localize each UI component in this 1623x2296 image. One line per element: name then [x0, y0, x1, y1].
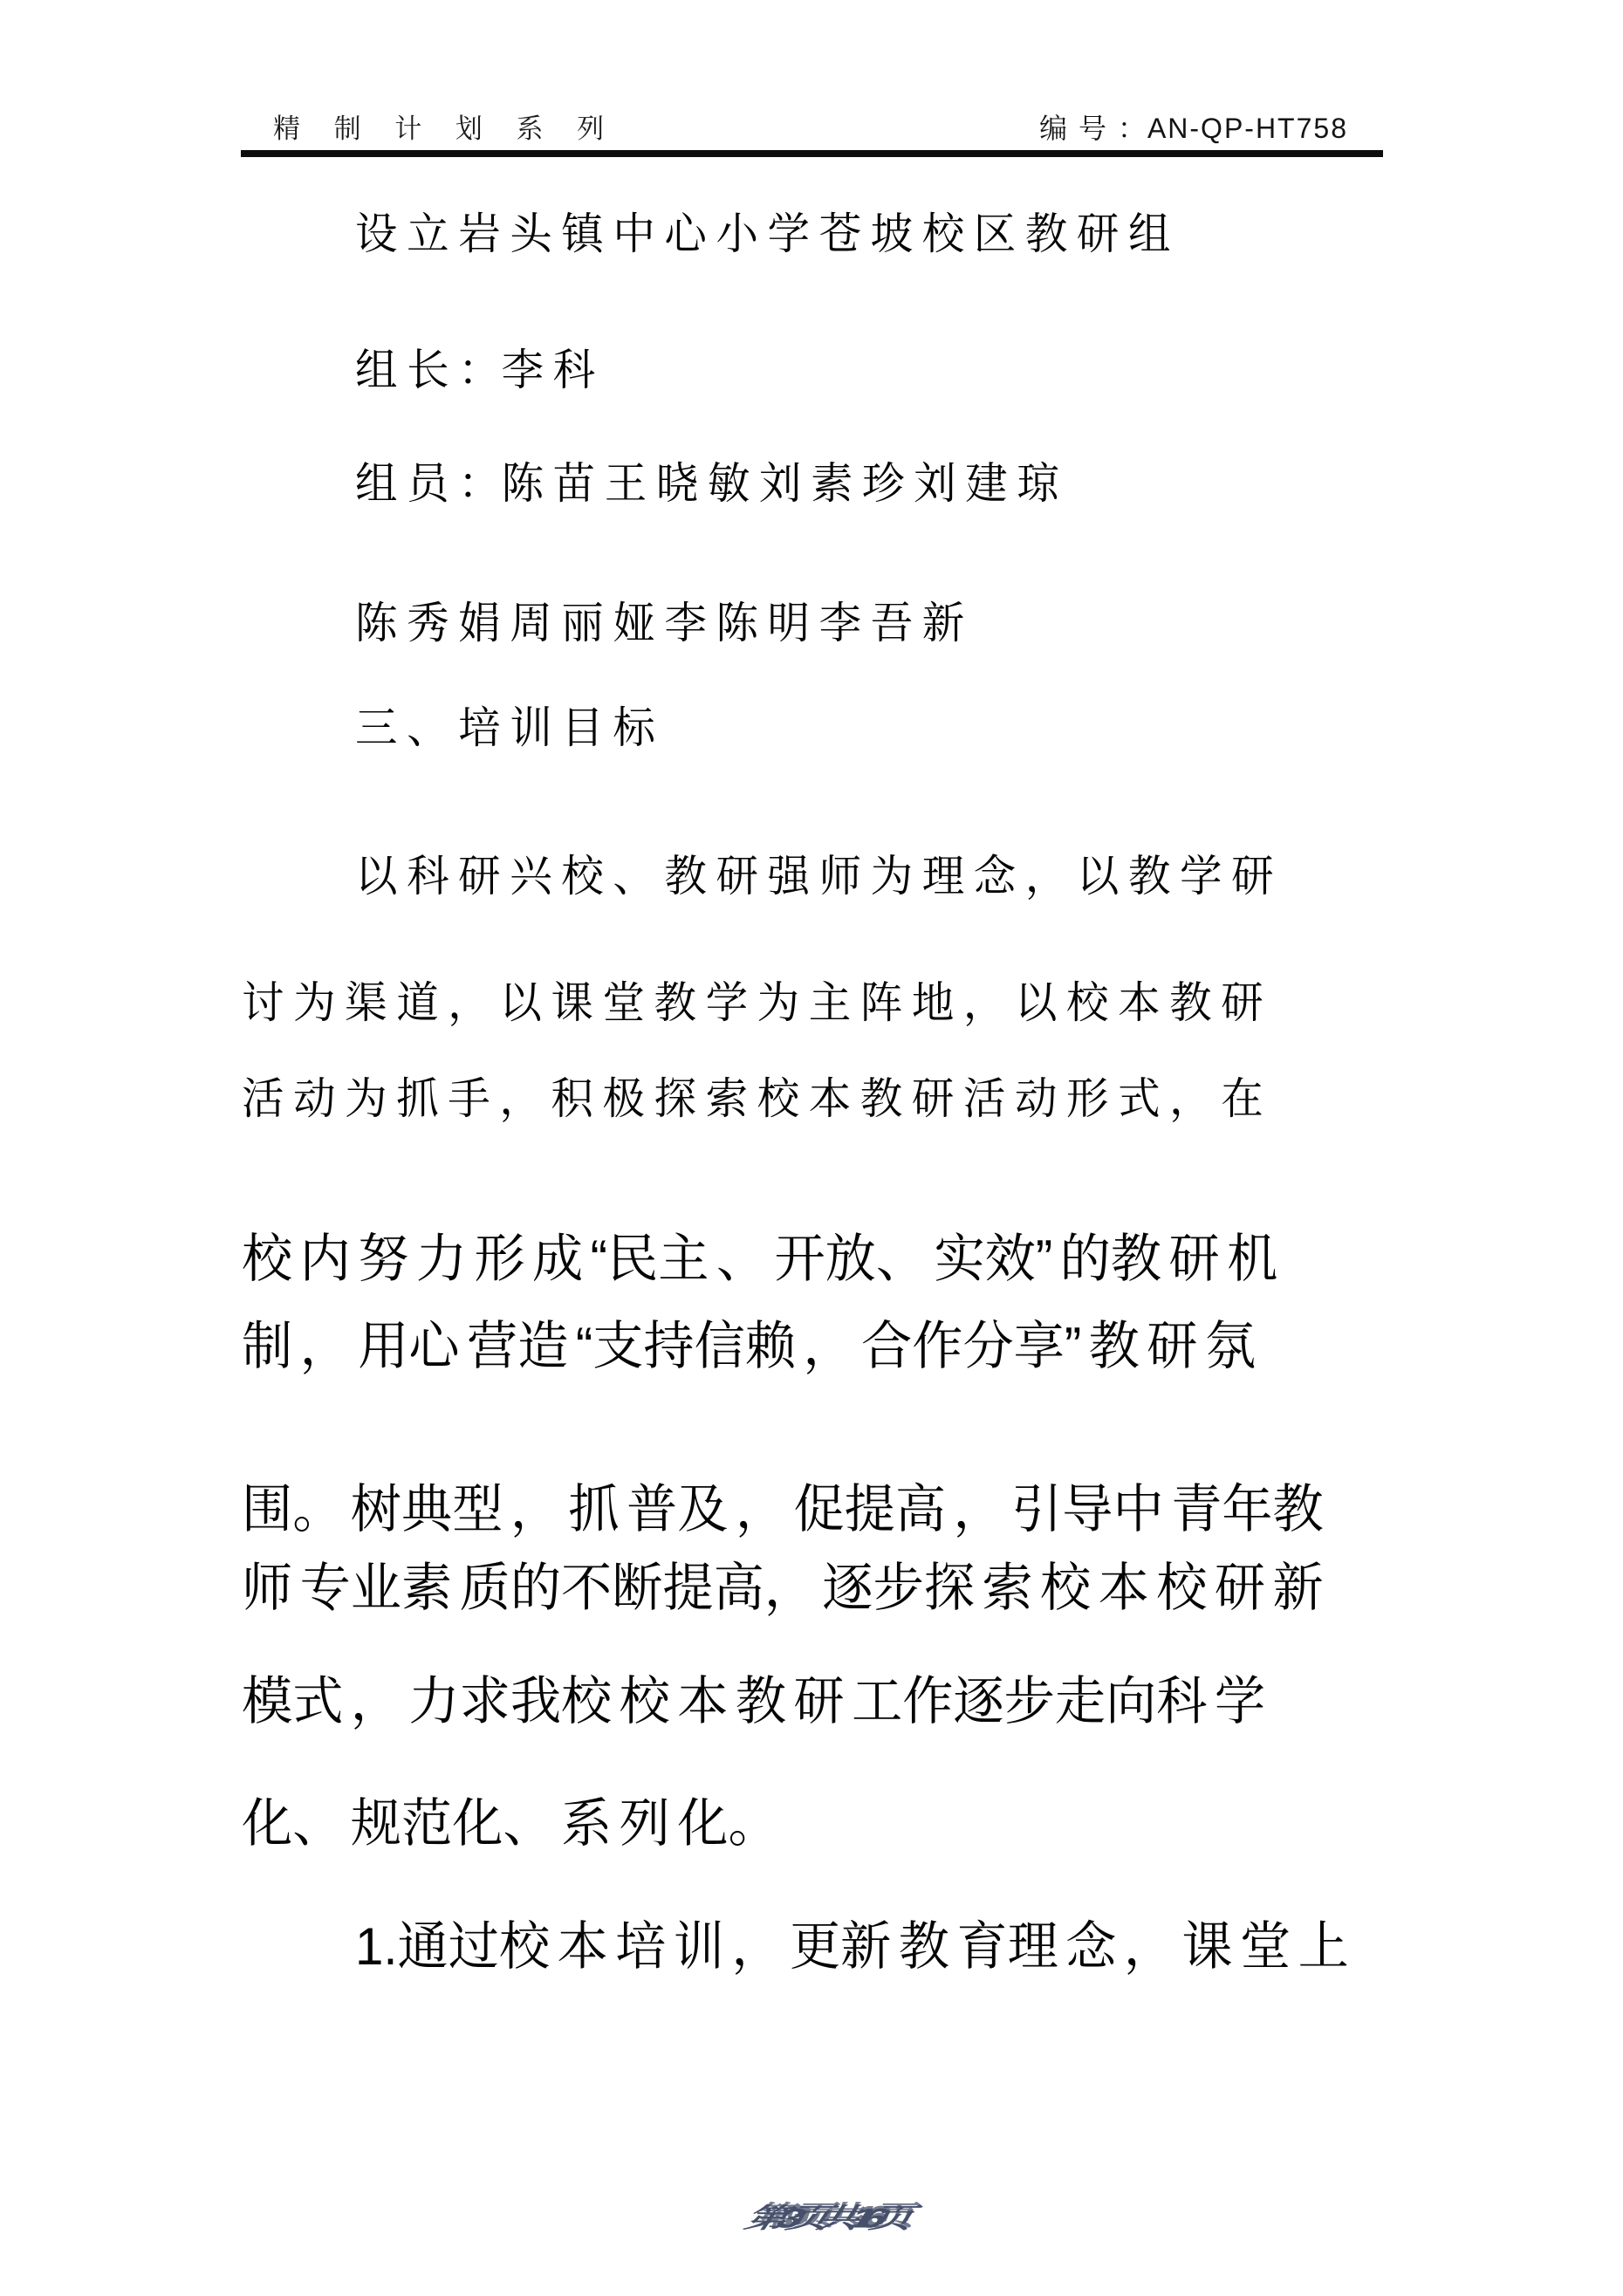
doc-line-leader: 组 长 ：李 科: [355, 346, 596, 396]
doc-line: 模式 ， 力求我校 校 本 教 研 工作逐步走向科 学: [242, 1671, 1265, 1731]
doc-line: 围。 树典型 ， 抓 普及 ， 促提高 ， 引导中 青年教: [242, 1479, 1324, 1539]
doc-line-item-1: 1.通过校 本 培 训 ， 更新 教 育理 念 ， 课 堂 上: [355, 1916, 1349, 1977]
doc-line: 讨 为 渠 道 ， 以 课 堂 教 学 为 主 阵 地 ， 以 校 本 教 研: [242, 978, 1264, 1029]
doc-line-section-head: 三 、 培 训 目 标: [355, 703, 656, 754]
doc-line: 师 专业素 质的不断提高， 逐步探 索 校 本 校 研 新: [242, 1558, 1324, 1618]
document-page: 精 制 计 划 系 列 编 号 ：AN-QP-HT758 设 立 岩 头 镇 中…: [0, 0, 1623, 2296]
page-footer-text: 第3页共16页: [737, 2197, 920, 2236]
doc-line: 以 科 研 兴 校 、 教 研 强 师 为 理 念 ， 以 教 学 研: [355, 852, 1275, 902]
page-footer: 第3页共16页 第3页共16页: [737, 2178, 982, 2222]
header-doc-number: 编 号 ：AN-QP-HT758: [1039, 106, 1348, 147]
doc-line: 制 ， 用心 营造 “支持信赖 ， 合作分享” 教 研 氛: [242, 1316, 1256, 1376]
doc-line-members-2: 陈 秀 娟 周 丽 娅 李 陈 明 李 吾 新: [355, 599, 965, 649]
header-series-label: 精 制 计 划 系 列: [273, 106, 617, 146]
doc-line: 活 动 为 抓 手 ， 积 极 探 索 校 本 教 研 活 动 形 式 ， 在: [242, 1074, 1264, 1125]
doc-line-title: 设 立 岩 头 镇 中 心 小 学 苍 坡 校 区 教 研 组: [355, 209, 1171, 260]
header-rule: [241, 150, 1383, 157]
doc-line-members: 组 员 ：陈 苗 王 晓 敏 刘 素 珍 刘 建 琼: [355, 459, 1060, 510]
doc-line: 化、 规范化、 系 列 化。: [242, 1793, 779, 1854]
doc-line: 校 内 努 力 形 成 “民主 、 开放、 实效” 的教 研 机: [242, 1229, 1277, 1289]
